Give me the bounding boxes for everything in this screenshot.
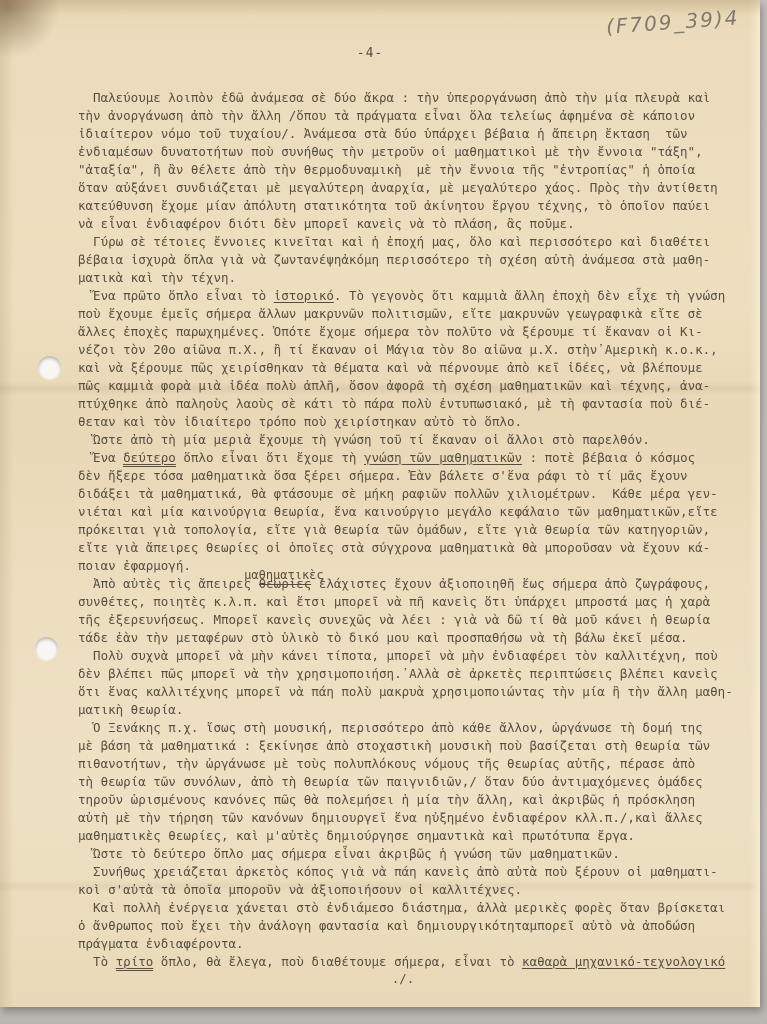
text-line: Ὥστε ἀπὸ τὴ μία μεριὰ ἔχουμε τὴ γνώση το…: [78, 431, 750, 449]
text-line: Καὶ πολλὴ ἐνέργεια χάνεται στὸ ἐνδιάμεσο…: [78, 899, 750, 917]
text-line: Ὁ Ξενάκης π.χ. ἴσως στὴ μουσική, περισσό…: [78, 719, 750, 737]
text-line: πράγματα ἐνδιαφέροντα.: [78, 935, 750, 953]
text-line: πρόκειται γιὰ τοπολογία, εἴτε γιὰ θεωρία…: [78, 521, 750, 539]
text-line: Ἕνα πρῶτο ὅπλο εἶναι τὸ ἱστορικό. Τὸ γεγ…: [78, 287, 750, 305]
hole-punch-top: [38, 356, 61, 379]
text-line: μαθηματικὲς θεωρίες, καὶ μ'αὐτὲς δημιούρ…: [78, 827, 750, 845]
text-line: ὁ ἄνθρωπος ποὺ ἔχει τὴν ἀνάλογη φαντασία…: [78, 917, 750, 935]
text-line: διδάξει τὰ μαθηματικά, θὰ φτάσουμε σὲ μή…: [78, 485, 750, 503]
text-line: πῶς καμμιὰ φορὰ μιὰ ἰδέα πολὺ ἁπλῆ, ὅσον…: [78, 377, 750, 395]
text-line: τὴ θεωρία τῶν συνόλων, ἀπὸ τὴ θεωρία τῶν…: [78, 773, 750, 791]
text-line: μὲ βάση τὰ μαθηματικά : ξεκίνησε ἀπὸ στο…: [78, 737, 750, 755]
text-line: ποιαν ἐφαρμογή.: [78, 557, 750, 575]
text-line: ποὺ ἔχουμε ἐμεῖς σήμερα ἄλλων μακρυνῶν π…: [78, 305, 750, 323]
text-line: τῆς ἐξερευνήσεως. Μπορεῖ κανεὶς συνεχῶς …: [78, 611, 750, 629]
text-line: συνθέτες, ποιητὲς κ.λ.π. καὶ ἔτσι μπορεῖ…: [78, 593, 750, 611]
text-line: ματικὰ καὶ τὴν τέχνη.: [78, 269, 750, 287]
text-line: βέβαια ἰσχυρὰ ὅπλα γιὰ νὰ ζωντανέψηἀκόμη…: [78, 251, 750, 269]
typewritten-page: (F709_39)4 -4- Παλεύουμε λοιπὸν ἐδῶ ἀνάμ…: [0, 0, 760, 1007]
text-line: Πολὺ συχνὰ μπορεῖ νὰ μὴν κάνει τίποτα, μ…: [78, 647, 750, 665]
text-line: ὅτι ἕνας καλλιτέχνης μπορεῖ νὰ πάη πολὺ …: [78, 683, 750, 701]
hole-punch-bottom: [35, 637, 58, 660]
text-line: Ὥστε τὸ δεύτερο ὅπλο μας σήμερα εἶναι ἀκ…: [78, 845, 750, 863]
text-line: ἄλλες ἐποχὲς παρωχημένες. Ὁπότε ἔχομε σή…: [78, 323, 750, 341]
text-line: "ἀταξία", ἢ ἂν θέλετε ἀπὸ τὴν θερμοδυναμ…: [78, 161, 750, 179]
end-mark: ./.: [78, 971, 728, 986]
text-line: νέζοι τὸν 20ο αἰῶνα π.Χ., ἢ τί ἔκαναν οἱ…: [78, 341, 750, 359]
text-line: Τὸ τρίτο ὅπλο, θὰ ἔλεγα, ποὺ διαθέτουμε …: [78, 953, 750, 971]
text-line: καὶ νὰ ξέρουμε πῶς χειρίσθηκαν τὰ θέματα…: [78, 359, 750, 377]
text-line: Συνήθως χρειάζεται ἀρκετὸς κόπος γιὰ νὰ …: [78, 863, 750, 881]
text-line: πιθανοτήτων, τὴν ὠργάνωσε μὲ τοὺς πολυπλ…: [78, 755, 750, 773]
text-line: θεταν καὶ τὸν ἰδιαίτερο τρόπο ποὺ χειρίσ…: [78, 413, 750, 431]
text-line: τηροῦν ὡρισμένους κανόνες πῶς θὰ πολεμήσ…: [78, 791, 750, 809]
text-line: εἴτε γιὰ ἄπειρες θεωρίες οἱ ὁποῖες στὰ σ…: [78, 539, 750, 557]
text-line: νιέται καὶ μία καινούργια θεωρία, ἕνα κα…: [78, 503, 750, 521]
text-line: κατεύθυνση ἔχομε μίαν ἀπόλυτη στατικότητ…: [78, 197, 750, 215]
text-line: Ἀπὸ αὐτὲς τὶς ἄπειρες θεωρίες ἐλάχιστες …: [78, 575, 750, 593]
text-line: δὲν ἤξερε τόσα μαθηματικὰ ὅσα ξέρει σήμε…: [78, 467, 750, 485]
text-line: Γύρω σὲ τέτοιες ἔννοιες κινεῖται καὶ ἡ ἐ…: [78, 233, 750, 251]
text-line: νὰ εἶναι ἐνδιαφέρον διότι δὲν μπορεῖ καν…: [78, 215, 750, 233]
text-line: πτύχθηκε ἀπὸ παληοὺς λαοὺς σὲ κάτι τὸ πά…: [78, 395, 750, 413]
text-line: κοὶ σ'αὐτὰ τὰ ὁποῖα μποροῦν νὰ ἀξιοποιήσ…: [78, 881, 750, 899]
text-line: τὴν ἀνοργάνωση ἀπὸ τὴν ἄλλη /ὅπου τὰ πρά…: [78, 107, 750, 125]
text-line: ματικὴ θεωρία.: [78, 701, 750, 719]
text-body: Παλεύουμε λοιπὸν ἐδῶ ἀνάμεσα σὲ δύο ἄκρα…: [78, 89, 750, 971]
text-line: ὅταν αὐξάνει συνδιάζεται μὲ μεγαλύτερη ἀ…: [78, 179, 750, 197]
text-line: ἐνδιαμέσων δυνατοτήτων ποὺ συνήθως τὴν μ…: [78, 143, 750, 161]
page-number: -4-: [0, 46, 740, 61]
text-line: τάδε ἐὰν τὴν μεταφέρων στὸ ὑλικὸ τὸ δικό…: [78, 629, 750, 647]
text-line: Παλεύουμε λοιπὸν ἐδῶ ἀνάμεσα σὲ δύο ἄκρα…: [78, 89, 750, 107]
text-line: ἰδιαίτερον νόμο τοῦ τυχαίου/. Ἀνάμεσα στ…: [78, 125, 750, 143]
handwritten-annotation: (F709_39)4: [605, 5, 740, 38]
interlinear-insertion: μαθηματικὲς: [244, 566, 323, 584]
text-line: Ἕνα δεύτερο ὅπλο εἶναι ὅτι ἔχομε τὴ γνώσ…: [78, 449, 750, 467]
text-line: δὲν βλέπει πῶς μπορεῖ νὰ τὴν χρησιμοποιή…: [78, 665, 750, 683]
text-line: αὐτὴ μὲ τὴν τήρηση τῶν κανόνων δημιουργε…: [78, 809, 750, 827]
